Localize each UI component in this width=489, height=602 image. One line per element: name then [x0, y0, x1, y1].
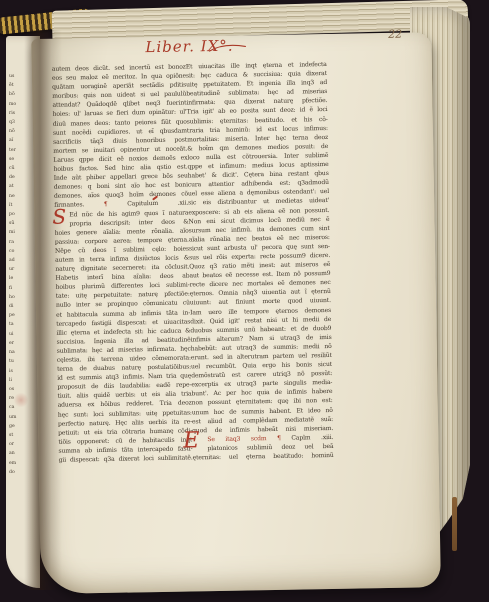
text-fragment: cũ [9, 164, 31, 173]
text-fragment: ris [9, 109, 31, 118]
text-fragment: nõ [9, 127, 31, 136]
text-fragment: um [9, 413, 31, 422]
rubricated-initial-s: S [52, 207, 66, 227]
right-column-lines: Et uiuacitas ille inqt ęterna et indefec… [186, 60, 334, 463]
text-fragment: de [9, 173, 31, 182]
text-fragment: ne [9, 192, 31, 201]
folio-number: 22 [388, 28, 402, 41]
title-flourish [207, 41, 247, 54]
text-fragment: po [9, 210, 31, 219]
text-fragment: ter [9, 146, 31, 155]
text-fragment: co [9, 247, 31, 256]
facing-page-text-fragments: usẽtbõmorisq3nõaĩtersecũdeatneĩtposũmira… [9, 72, 31, 477]
text-line: gii dispescat: q3a dixerat loci sublimit… [59, 453, 193, 464]
text-fragment: ẽt [9, 81, 31, 90]
text-fragment: tu [9, 357, 31, 366]
text-fragment: bõ [9, 90, 31, 99]
text-fragment: ad [9, 256, 31, 265]
left-column-lines: autem deos dicũt. sed incertũ est bonoze… [52, 62, 193, 464]
text-fragment: us [9, 72, 31, 81]
text-fragment: ho [9, 293, 31, 302]
text-fragment: q3 [9, 118, 31, 127]
text-fragment: aĩ [9, 136, 31, 145]
text-fragment: is [9, 367, 31, 376]
text-fragment: sũ [9, 219, 31, 228]
text-fragment: st [9, 431, 31, 440]
text-fragment: er [9, 339, 31, 348]
text-fragment: an [9, 449, 31, 458]
red-stain [14, 392, 28, 408]
text-fragment: ĩt [9, 201, 31, 210]
text-fragment: le [9, 274, 31, 283]
text-fragment: di [9, 302, 31, 311]
text-fragment: mi [9, 228, 31, 237]
text-fragment: li [9, 376, 31, 385]
text-fragment: or [9, 440, 31, 449]
text-fragment: se [9, 155, 31, 164]
text-column-right: E Et uiuacitas ille inqt ęterna et indef… [186, 60, 334, 463]
text-fragment: ur [9, 265, 31, 274]
text-fragment: ta [9, 320, 31, 329]
text-fragment: ra [9, 238, 31, 247]
text-fragment: at [9, 182, 31, 191]
text-fragment: em [9, 459, 31, 468]
text-column-left: S autem deos dicũt. sed incertũ est bono… [52, 62, 193, 464]
text-line: ęternitas: uel ęterna beatitudo: hominũ [193, 451, 334, 463]
rubricated-initial-e: E [183, 430, 199, 452]
text-fragment: ui [9, 330, 31, 339]
text-fragment: ge [9, 422, 31, 431]
text-fragment: mo [9, 100, 31, 109]
text-fragment: do [9, 468, 31, 477]
text-fragment: fi [9, 284, 31, 293]
text-fragment: pe [9, 311, 31, 320]
bookmark-streak [452, 497, 457, 551]
book-page: Liber. IX°. 22 S autem deos dicũt. sed i… [31, 32, 441, 594]
text-fragment: na [9, 348, 31, 357]
